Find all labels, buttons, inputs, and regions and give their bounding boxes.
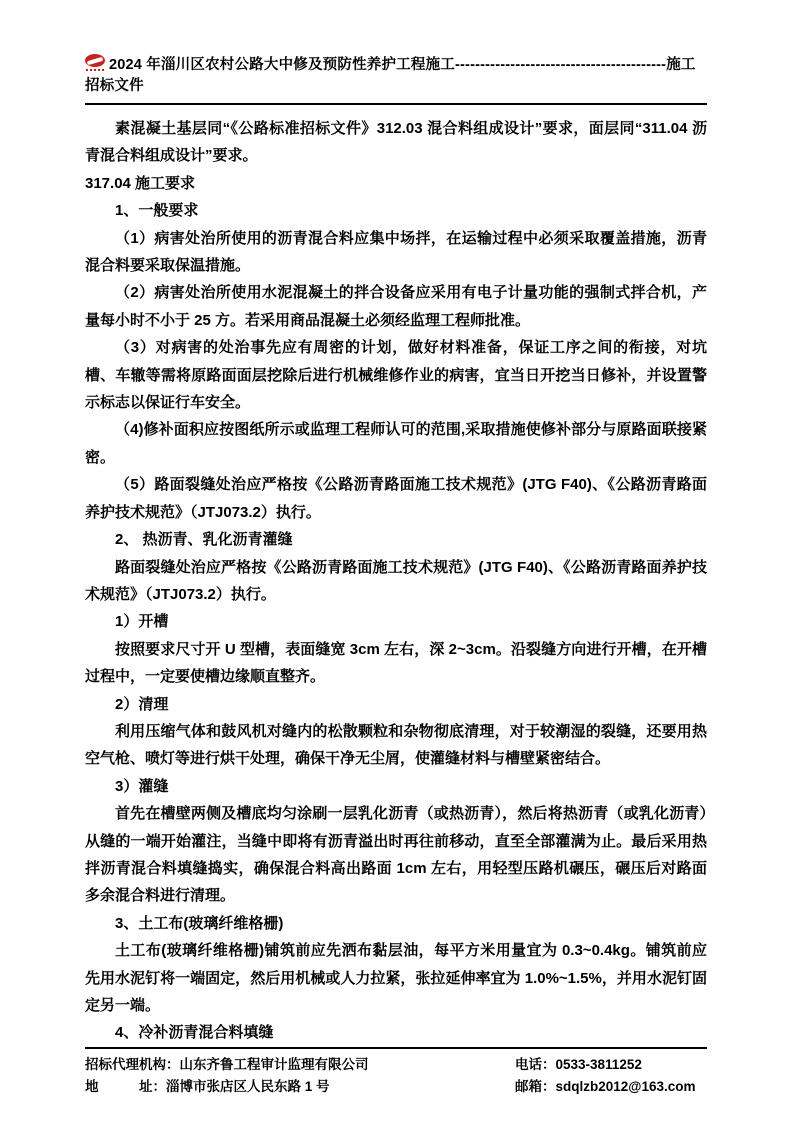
paragraph: （4)修补面积应按图纸所示或监理工程师认可的范围,采取措施使修补部分与原路面联接… xyxy=(85,416,707,471)
paragraph: （1）病害处治所使用的沥青混合料应集中场拌，在运输过程中必须采取覆盖措施，沥青混… xyxy=(85,225,707,280)
paragraph: （5）路面裂缝处治应严格按《公路沥青路面施工技术规范》(JTG F40)、《公路… xyxy=(85,471,707,526)
agency-value: 山东齐鲁工程审计监理有限公司 xyxy=(180,1057,369,1072)
document-body: 素混凝土基层同“《公路标准招标文件》312.03 混合料组成设计”要求，面层同“… xyxy=(85,115,707,1047)
document-page: 2024 年淄川区农村公路大中修及预防性养护工程施工--------------… xyxy=(0,0,793,1122)
paragraph: 2）清理 xyxy=(85,691,707,718)
header-title: 2024 年淄川区农村公路大中修及预防性养护工程施工 xyxy=(109,57,455,73)
paragraph: 4、冷补沥青混合料填缝 xyxy=(85,1019,707,1046)
email-label: 邮箱： xyxy=(515,1079,556,1094)
page-header: 2024 年淄川区农村公路大中修及预防性养护工程施工--------------… xyxy=(85,54,707,105)
paragraph: 3、土工布(玻璃纤维格栅) xyxy=(85,910,707,937)
paragraph: 2、 热沥青、乳化沥青灌缝 xyxy=(85,526,707,553)
paragraph: 1、一般要求 xyxy=(85,197,707,224)
agency-label: 招标代理机构： xyxy=(85,1057,180,1072)
paragraph: 土工布(玻璃纤维格栅)铺筑前应先洒布黏层油，每平方米用量宜为 0.3~0.4kg… xyxy=(85,937,707,1019)
paragraph: 利用压缩气体和鼓风机对缝内的松散颗粒和杂物彻底清理，对于较潮湿的裂缝，还要用热空… xyxy=(85,718,707,773)
footer-agency: 招标代理机构：山东齐鲁工程审计监理有限公司 xyxy=(85,1054,505,1077)
paragraph: （3）对病害的处治事先应有周密的计划，做好材料准备，保证工序之间的衔接，对坑槽、… xyxy=(85,334,707,416)
section-heading: 317.04 施工要求 xyxy=(85,170,707,197)
paragraph: （2）病害处治所使用水泥混凝土的拌合设备应采用有电子计量功能的强制式拌合机，产量… xyxy=(85,279,707,334)
footer-address: 地 址：淄博市张店区人民东路 1 号 xyxy=(85,1076,505,1099)
company-logo-icon xyxy=(85,54,108,72)
phone-value: 0533-3811252 xyxy=(556,1057,642,1072)
footer-phone: 电话：0533-3811252 xyxy=(515,1054,707,1077)
paragraph: 路面裂缝处治应严格按《公路沥青路面施工技术规范》(JTG F40)、《公路沥青路… xyxy=(85,554,707,609)
address-label: 地 址： xyxy=(85,1079,166,1094)
email-value: sdqlzb2012@163.com xyxy=(556,1079,696,1094)
paragraph: 素混凝土基层同“《公路标准招标文件》312.03 混合料组成设计”要求，面层同“… xyxy=(85,115,707,170)
header-leader-dashes: ----------------------------------------… xyxy=(455,57,666,73)
footer-email: 邮箱：sdqlzb2012@163.com xyxy=(515,1076,707,1099)
address-value: 淄博市张店区人民东路 1 号 xyxy=(166,1079,330,1094)
paragraph: 1）开槽 xyxy=(85,608,707,635)
paragraph: 按照要求尺寸开 U 型槽，表面缝宽 3cm 左右，深 2~3cm。沿裂缝方向进行… xyxy=(85,636,707,691)
header-rule xyxy=(85,103,707,105)
phone-label: 电话： xyxy=(515,1057,556,1072)
page-footer: 招标代理机构：山东齐鲁工程审计监理有限公司 电话：0533-3811252 地 … xyxy=(85,1047,707,1099)
paragraph: 首先在槽壁两侧及槽底均匀涂刷一层乳化沥青（或热沥青），然后将热沥青（或乳化沥青）… xyxy=(85,800,707,910)
paragraph: 3）灌缝 xyxy=(85,773,707,800)
